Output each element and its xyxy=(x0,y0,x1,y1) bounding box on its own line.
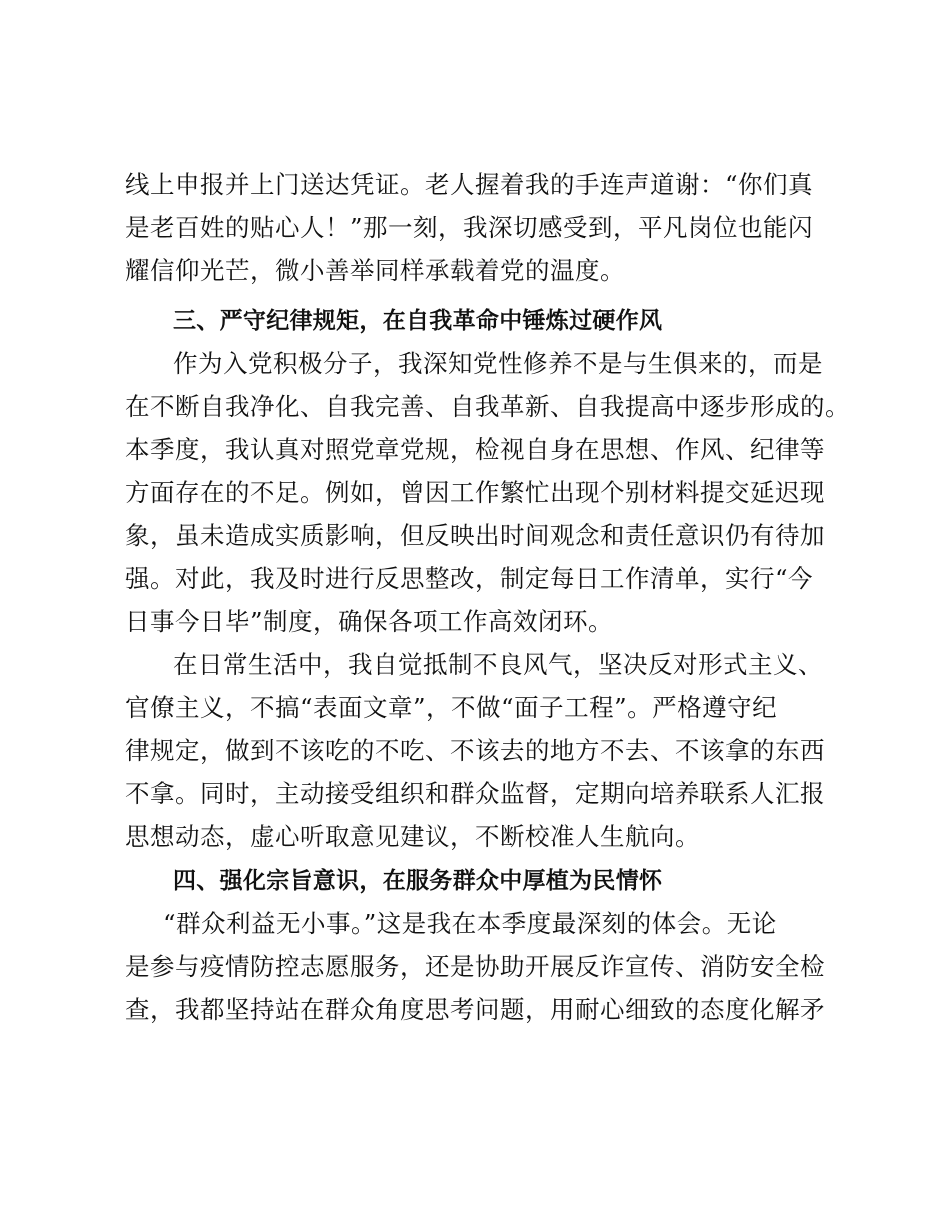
paragraph-line: 查，我都坚持站在群众角度思考问题，用耐心细致的态度化解矛 xyxy=(125,995,825,1025)
paragraph-line: 耀信仰光芒，微小善举同样承载着党的温度。 xyxy=(125,256,625,286)
section-heading-3: 三、严守纪律规矩，在自我革命中锤炼过硬作风 xyxy=(173,306,662,336)
paragraph-line: 强。对此，我及时进行反思整改，制定每日工作清单，实行“今 xyxy=(125,564,813,594)
section-heading-4: 四、强化宗旨意识，在服务群众中厚植为民情怀 xyxy=(173,866,662,896)
paragraph-line: 象，虽未造成实质影响，但反映出时间观念和责任意识仍有待加 xyxy=(125,521,825,551)
paragraph-line: 线上申报并上门送达凭证。老人握着我的手连声道谢：“你们真 xyxy=(125,170,813,200)
paragraph-line: 是参与疫情防控志愿服务，还是协助开展反诈宣传、消防安全检 xyxy=(125,952,825,982)
paragraph-line: 本季度，我认真对照党章党规，检视自身在思想、作风、纪律等 xyxy=(125,435,825,465)
paragraph-line: 日事今日毕”制度，确保各项工作高效闭环。 xyxy=(125,607,613,637)
paragraph-line: 在不断自我净化、自我完善、自我革新、自我提高中逐步形成的。 xyxy=(125,392,850,422)
paragraph-line: 作为入党积极分子，我深知党性修养不是与生俱来的，而是 xyxy=(173,349,823,379)
paragraph-line: 律规定，做到不该吃的不吃、不该去的地方不去、不该拿的东西 xyxy=(125,736,825,766)
paragraph-line: 官僚主义，不搞“表面文章”，不做“面子工程”。严格遵守纪 xyxy=(125,693,777,723)
paragraph-line: 在日常生活中，我自觉抵制不良风气，坚决反对形式主义、 xyxy=(173,650,823,680)
paragraph-line: 是老百姓的贴心人！”那一刻，我深切感受到，平凡岗位也能闪 xyxy=(125,213,813,243)
paragraph-line: “群众利益无小事。”这是我在本季度最深刻的体会。无论 xyxy=(163,909,777,939)
paragraph-line: 思想动态，虚心听取意见建议，不断校准人生航向。 xyxy=(125,822,700,852)
document-page: 线上申报并上门送达凭证。老人握着我的手连声道谢：“你们真 是老百姓的贴心人！”那… xyxy=(0,0,950,1230)
paragraph-line: 方面存在的不足。例如，曾因工作繁忙出现个别材料提交延迟现 xyxy=(125,478,825,508)
paragraph-line: 不拿。同时，主动接受组织和群众监督，定期向培养联系人汇报 xyxy=(125,779,825,809)
